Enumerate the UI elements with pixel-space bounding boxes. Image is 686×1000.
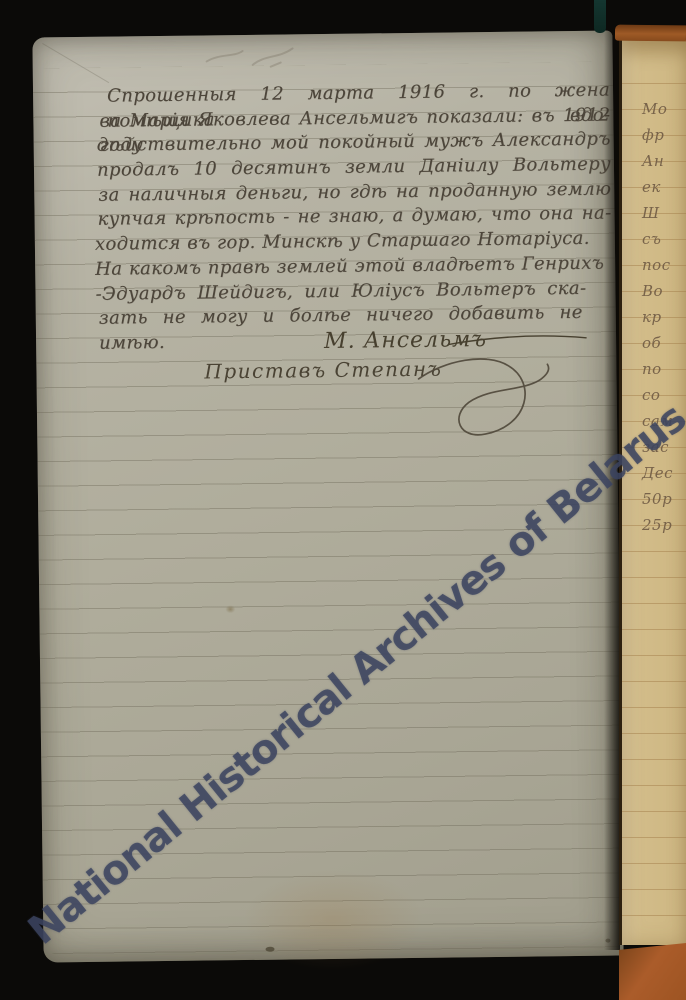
next-page-text-fragment: по	[642, 356, 673, 382]
pencil-smudge	[200, 38, 310, 73]
next-page-text-fragment: 25р	[642, 512, 673, 538]
next-page-text-fragment: фр	[642, 122, 673, 148]
corner-crease	[38, 38, 129, 89]
official-signature: Приставъ Степанъ	[204, 357, 442, 384]
bookmark-ribbon	[594, 0, 606, 33]
next-page-text-fragment: Дес	[642, 460, 673, 486]
signature-flourish	[416, 328, 618, 470]
next-page-text-fragment: со	[642, 382, 673, 408]
handwritten-text-block: Спрошенныя 12 марта 1916 г. по жена помѣ…	[93, 79, 613, 332]
next-page-text-fragment: съ	[642, 226, 673, 252]
next-page-text-fragment: зас	[642, 434, 673, 460]
next-page-text-fragment: Во	[642, 278, 673, 304]
page-edge-shadow	[604, 28, 620, 950]
next-page-text-fragment: Мо	[642, 96, 673, 122]
next-page-text-column: Мо фр Ан ек Ш съ пос Во кр об по со сам …	[642, 96, 673, 538]
photo-background: Спрошенныя 12 марта 1916 г. по жена помѣ…	[0, 0, 686, 1000]
next-page-text-fragment: об	[642, 330, 673, 356]
document-page: Спрошенныя 12 марта 1916 г. по жена помѣ…	[32, 30, 623, 962]
book-binding-top	[615, 25, 686, 42]
next-page-text-fragment: Ш	[642, 200, 673, 226]
next-page-text-fragment: Ан	[642, 148, 673, 174]
next-page-text-fragment: сам	[642, 408, 673, 434]
next-page-text-fragment: ек	[642, 174, 673, 200]
next-page-text-fragment: 50р	[642, 486, 673, 512]
next-page-text-fragment: кр	[642, 304, 673, 330]
next-page-text-fragment: пос	[642, 252, 673, 278]
next-page: Мо фр Ан ек Ш съ пос Во кр об по со сам …	[619, 40, 686, 945]
book-binding-bottom	[619, 943, 686, 1000]
